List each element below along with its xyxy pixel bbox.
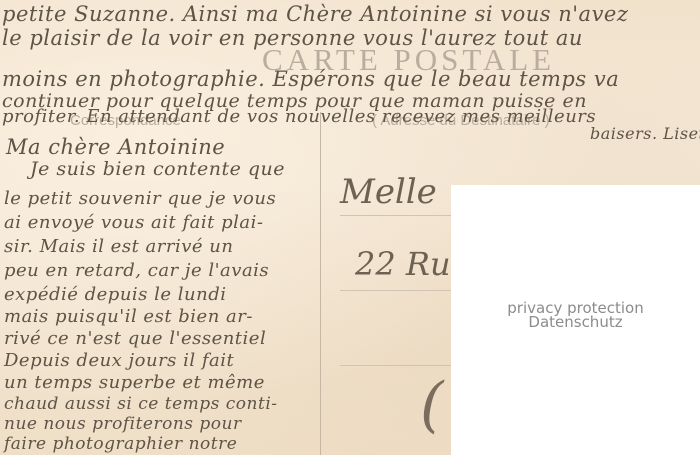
handwriting-line: moins en photographie. Espérons que le b… <box>2 67 619 91</box>
handwriting-line: le petit souvenir que je vous <box>4 188 276 209</box>
handwriting-line: faire photographier notre <box>4 434 237 454</box>
handwriting-line: le plaisir de la voir en personne vous l… <box>2 26 583 50</box>
privacy-overlay: privacy protection Datenschutz <box>451 185 700 455</box>
handwriting-line: sir. Mais il est arrivé un <box>4 236 233 257</box>
handwriting-line: expédié depuis le lundi <box>4 284 227 305</box>
handwriting-line: profiter. En attendant de vos nouvelles … <box>2 106 596 127</box>
address-mark: ( <box>420 370 443 440</box>
handwriting-line: ai envoyé vous ait fait plai- <box>4 212 263 233</box>
handwriting-line: Ma chère Antoinine <box>6 135 225 159</box>
handwriting-line: baisers. Lisette <box>590 124 700 143</box>
datenschutz-text: Datenschutz <box>451 313 700 331</box>
address-salutation: Melle <box>340 172 437 212</box>
handwriting-line: Je suis bien contente que <box>30 158 285 180</box>
handwriting-line: chaud aussi si ce temps conti- <box>4 394 278 414</box>
handwriting-line: petite Suzanne. Ainsi ma Chère Antoinine… <box>2 2 628 26</box>
handwriting-line: un temps superbe et même <box>4 372 265 393</box>
handwriting-line: Depuis deux jours il fait <box>4 350 234 371</box>
postcard-back: CARTE POSTALE Correspondance ( Adresse d… <box>0 0 700 455</box>
center-divider <box>320 112 321 455</box>
handwriting-line: peu en retard, car je l'avais <box>4 260 269 281</box>
handwriting-line: nue nous profiterons pour <box>4 414 242 434</box>
handwriting-line: rivé ce n'est que l'essentiel <box>4 328 266 349</box>
handwriting-line: mais puisqu'il est bien ar- <box>4 306 253 327</box>
